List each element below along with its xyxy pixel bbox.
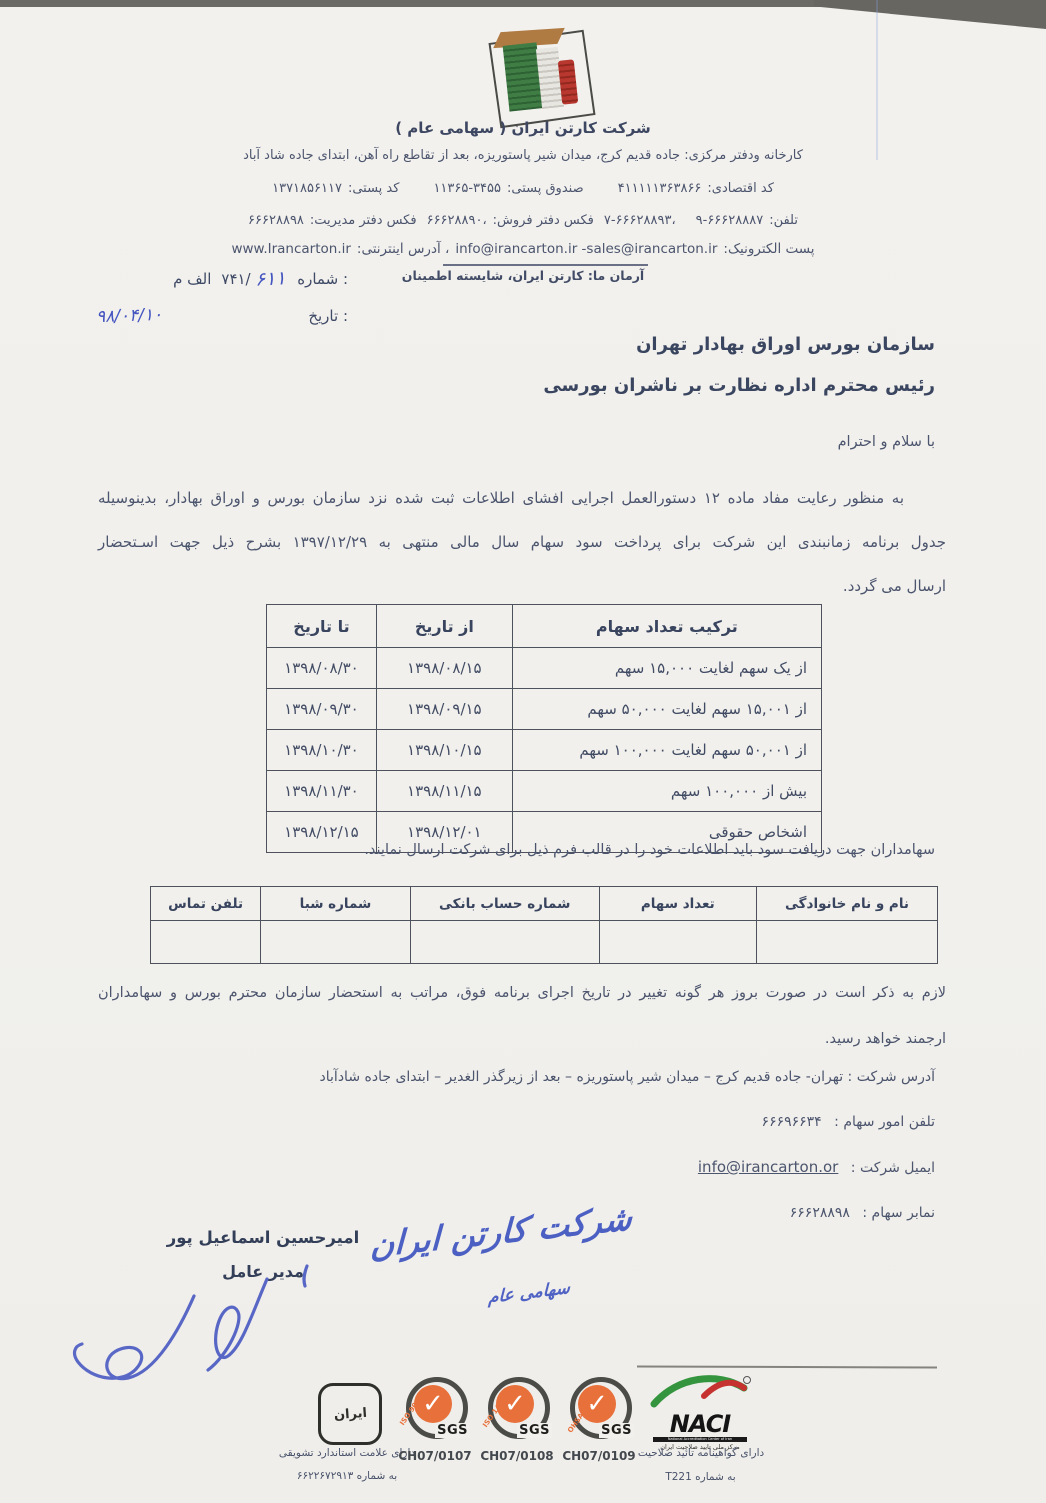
body-line-3: ارسال می گردد. bbox=[98, 564, 946, 608]
empty-cell bbox=[757, 921, 938, 964]
fax-management: فکس دفتر مدیریت: ۶۶۶۲۸۸۹۸ bbox=[248, 213, 417, 228]
empty-cell bbox=[151, 921, 261, 964]
col-sheba-number: شماره شبا bbox=[261, 887, 411, 921]
cell-from: ۱۳۹۸/۰۹/۱۵ bbox=[376, 689, 512, 730]
empty-cell bbox=[261, 921, 411, 964]
recipient-title: رئیس محترم اداره نظارت بر ناشران بورسی bbox=[543, 375, 935, 396]
codes-line: کد اقتصادی: ۴۱۱۱۱۱۳۶۳۸۶۶ صندوق پستی: ۱۱۳… bbox=[0, 181, 1046, 196]
col-full-name: نام و نام خانوادگی bbox=[757, 887, 938, 921]
scanned-letter-page: شرکت کارتن ایران ( سهامی عام ) کارخانه و… bbox=[0, 0, 1046, 1503]
naci-bar-text: National Accreditation Center of Iran bbox=[653, 1437, 747, 1442]
website: ، آدرس اینترنتی: www.Irancarton.ir bbox=[231, 241, 449, 257]
letter-number-row: الف م ۷۴۱/ ۶۱۱ شماره : bbox=[96, 268, 348, 290]
naci-caption: دارای گواهینامه تائید صلاحیت bbox=[626, 1447, 776, 1459]
cell-combo: بیش از ۱۰۰,۰۰۰ سهم bbox=[512, 771, 821, 812]
empty-cell bbox=[599, 921, 756, 964]
recipient-organization: سازمان بورس اوراق بهادار تهران bbox=[636, 334, 935, 355]
col-share-count: تعداد سهام bbox=[599, 887, 756, 921]
letter-number-suffix: الف م bbox=[173, 270, 211, 288]
email-line: پست الکترونیک: info@irancarton.ir -sales… bbox=[0, 241, 1046, 257]
motto-divider bbox=[443, 264, 648, 266]
sgs-badge-iso9001: ✓ ISO 9001 SGS bbox=[402, 1376, 468, 1440]
col-bank-account: شماره حساب بانکی bbox=[410, 887, 599, 921]
sgs-cert-code: CH07/0107 bbox=[397, 1449, 473, 1463]
fax-sales: فکس دفتر فروش: ۶۶۶۲۸۸۹۰، bbox=[427, 213, 594, 228]
table-row: از ۱۵,۰۰۱ سهم لغایت ۵۰,۰۰۰ سهم ۱۳۹۸/۰۹/۱… bbox=[267, 689, 822, 730]
naci-logo: NACI National Accreditation Center of Ir… bbox=[646, 1372, 754, 1451]
form-header-row: نام و نام خانوادگی تعداد سهام شماره حساب… bbox=[151, 887, 938, 921]
cell-from: ۱۳۹۸/۱۰/۱۵ bbox=[376, 730, 512, 771]
contact-block: آدرس شرکت : تهران- جاده قدیم کرج – میدان… bbox=[98, 1055, 935, 1236]
company-stamp-subtitle: سهامی عام bbox=[474, 1276, 584, 1310]
cell-to: ۱۳۹۸/۱۲/۱۵ bbox=[267, 812, 377, 853]
col-from-date: از تاریخ bbox=[376, 605, 512, 648]
sgs-badge-iso14001: ✓ ISO 14001 SGS bbox=[484, 1376, 550, 1440]
cell-combo: از یک سهم لغایت ۱۵,۰۰۰ سهم bbox=[512, 648, 821, 689]
cell-to: ۱۳۹۸/۰۹/۳۰ bbox=[267, 689, 377, 730]
postal-code: کد پستی: ۱۳۷۱۸۵۶۱۱۷ bbox=[272, 181, 399, 196]
letter-date-handwritten: ۹۸/۰۴/۱۰ bbox=[96, 305, 163, 327]
letter-number-handwritten: ۶۱۱ bbox=[254, 267, 286, 291]
letter-number-printed: ۷۴۱/ bbox=[221, 270, 250, 288]
economic-code: کد اقتصادی: ۴۱۱۱۱۱۳۶۳۸۶۶ bbox=[618, 181, 774, 196]
isiri-mark-text: ایران bbox=[333, 1405, 367, 1422]
form-empty-row bbox=[151, 921, 938, 964]
company-logo-icon bbox=[476, 26, 628, 120]
col-share-composition: ترکیب تعداد سهام bbox=[512, 605, 821, 648]
isiri-number: به شماره ۶۶۲۲۶۷۲۹۱۳ bbox=[282, 1470, 412, 1482]
handwritten-signature bbox=[52, 1254, 332, 1404]
company-email: info@irancarton.or bbox=[698, 1145, 838, 1190]
cell-combo: از ۱۵,۰۰۱ سهم لغایت ۵۰,۰۰۰ سهم bbox=[512, 689, 821, 730]
table-header-row: ترکیب تعداد سهام از تاریخ تا تاریخ bbox=[267, 605, 822, 648]
cell-from: ۱۳۹۸/۱۱/۱۵ bbox=[376, 771, 512, 812]
sgs-wordmark: SGS bbox=[599, 1423, 634, 1438]
cell-to: ۱۳۹۸/۰۸/۳۰ bbox=[267, 648, 377, 689]
cell-combo: از ۵۰,۰۰۱ سهم لغایت ۱۰۰,۰۰۰ سهم bbox=[512, 730, 821, 771]
isiri-standard-logo: ایران bbox=[318, 1383, 382, 1445]
footer-divider bbox=[637, 1365, 937, 1368]
empty-cell bbox=[410, 921, 599, 964]
letter-date-row: ۹۸/۰۴/۱۰ تاریخ : bbox=[96, 306, 348, 326]
letter-number-label: شماره : bbox=[297, 270, 348, 288]
dividend-schedule-table: ترکیب تعداد سهام از تاریخ تا تاریخ از یک… bbox=[266, 604, 822, 853]
company-name: شرکت کارتن ایران ( سهامی عام ) bbox=[0, 119, 1046, 137]
sgs-cert-code: CH07/0108 bbox=[479, 1449, 555, 1463]
closing-line-1: لازم به ذکر است در صورت بروز هر گونه تغی… bbox=[98, 970, 946, 1016]
pobox: صندوق پستی: ۱۱۳۶۵-۳۴۵۵ bbox=[433, 181, 583, 196]
body-paragraph: به منظور رعایت مفاد ماده ۱۲ دستورالعمل ا… bbox=[98, 476, 946, 608]
body-line-2: جدول برنامه زمانبندی این شرکت برای پرداخ… bbox=[98, 520, 946, 564]
salutation: با سلام و احترام bbox=[838, 434, 935, 450]
sgs-wordmark: SGS bbox=[435, 1423, 470, 1438]
check-icon: ✓ bbox=[422, 1391, 444, 1417]
col-contact-phone: تلفن تماس bbox=[151, 887, 261, 921]
sgs-wordmark: SGS bbox=[517, 1423, 552, 1438]
scanner-edge-corner bbox=[814, 0, 1046, 29]
table-row: از یک سهم لغایت ۱۵,۰۰۰ سهم ۱۳۹۸/۰۸/۱۵ ۱۳… bbox=[267, 648, 822, 689]
shareholder-form-table: نام و نام خانوادگی تعداد سهام شماره حساب… bbox=[150, 886, 938, 964]
naci-wordmark: NACI bbox=[646, 1412, 754, 1436]
company-email-line: ایمیل شرکت : info@irancarton.or bbox=[98, 1145, 935, 1191]
company-address-line: آدرس شرکت : تهران- جاده قدیم کرج – میدان… bbox=[98, 1055, 935, 1100]
form-note: سهامداران جهت دریافت سود باید اطلاعات خو… bbox=[364, 842, 935, 858]
shares-phone-line: تلفن امور سهام : ۶۶۶۹۶۶۳۴ bbox=[98, 1100, 935, 1145]
cell-to: ۱۳۹۸/۱۰/۳۰ bbox=[267, 730, 377, 771]
cell-from: ۱۳۹۸/۰۸/۱۵ bbox=[376, 648, 512, 689]
table-row: بیش از ۱۰۰,۰۰۰ سهم ۱۳۹۸/۱۱/۱۵ ۱۳۹۸/۱۱/۳۰ bbox=[267, 771, 822, 812]
email-addresses: پست الکترونیک: info@irancarton.ir -sales… bbox=[455, 241, 814, 257]
cell-to: ۱۳۹۸/۱۱/۳۰ bbox=[267, 771, 377, 812]
factory-address-line: کارخانه ودفتر مرکزی: جاده قدیم کرج، میدا… bbox=[0, 148, 1046, 163]
body-line-1: به منظور رعایت مفاد ماده ۱۲ دستورالعمل ا… bbox=[98, 476, 946, 520]
table-row: از ۵۰,۰۰۱ سهم لغایت ۱۰۰,۰۰۰ سهم ۱۳۹۸/۱۰/… bbox=[267, 730, 822, 771]
naci-swoosh-icon bbox=[648, 1372, 752, 1408]
signatory-name: امیرحسین اسماعیل پور bbox=[152, 1228, 374, 1247]
closing-paragraph: لازم به ذکر است در صورت بروز هر گونه تغی… bbox=[98, 970, 946, 1062]
phones-line: تلفن: ۹-۶۶۶۲۸۸۸۷ ۷-۶۶۶۲۸۸۹۳، فکس دفتر فر… bbox=[0, 213, 1046, 228]
letter-date-label: تاریخ : bbox=[308, 307, 348, 325]
sgs-badge-ohsas18001: ✓ OHSAS 18001 SGS bbox=[566, 1376, 632, 1440]
phone-numbers: تلفن: ۹-۶۶۶۲۸۸۸۷ ۷-۶۶۶۲۸۸۹۳، bbox=[604, 213, 798, 228]
col-to-date: تا تاریخ bbox=[267, 605, 377, 648]
naci-number: به شماره T221 bbox=[648, 1471, 753, 1483]
